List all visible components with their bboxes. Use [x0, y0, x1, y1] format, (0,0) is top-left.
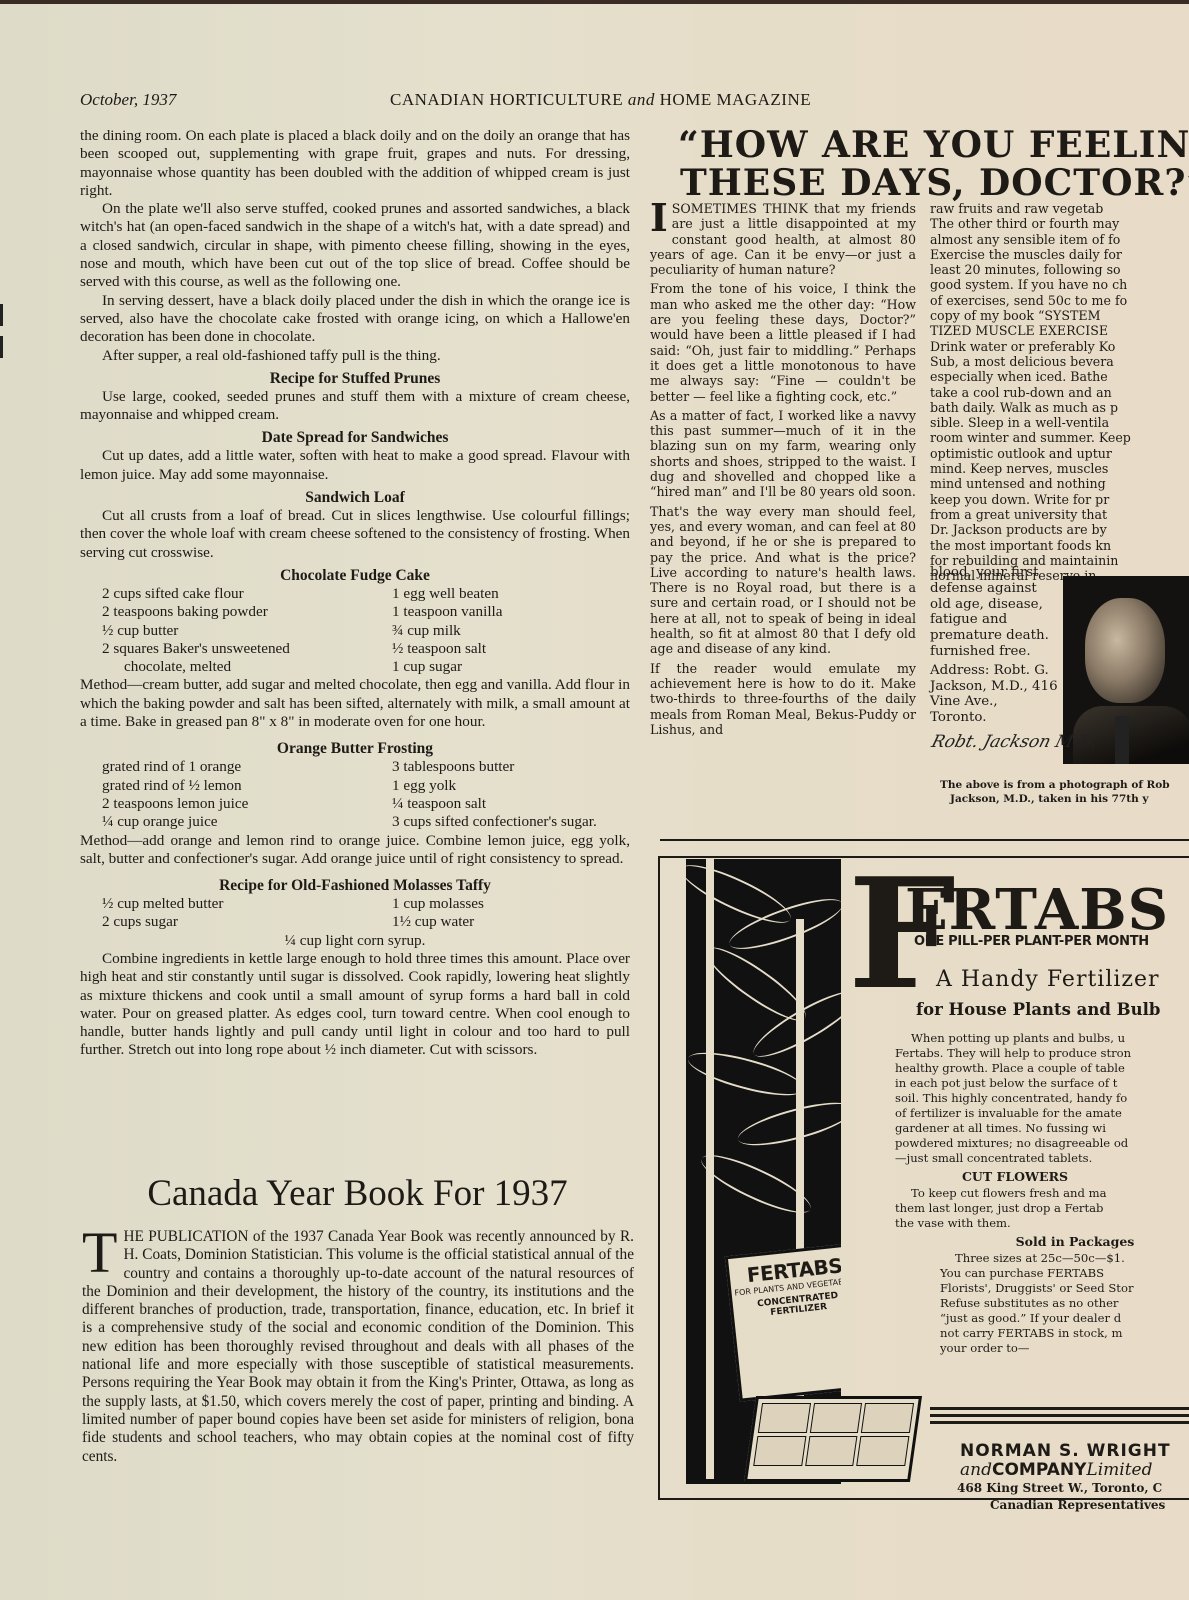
recipe-title-cake: Chocolate Fudge Cake: [80, 566, 630, 585]
page-header: October, 1937 CANADIAN HORTICULTURE and …: [80, 90, 1180, 112]
ad-text-line: of exercises, send 50c to me fo: [930, 293, 1189, 308]
cake-method: Method—cream butter, add sugar and melte…: [80, 676, 630, 731]
article-paragraph: the dining room. On each plate is placed…: [80, 127, 630, 200]
ad-text-line: optimistic outlook and uptur: [930, 446, 1189, 461]
ad-text-line: almost any sensible item of fo: [930, 232, 1189, 247]
ad-text-line: Drink water or preferably Ko: [930, 339, 1189, 354]
doctor-ad-headline: “HOW ARE YOU FEELING THESE DAYS, DOCTOR?…: [650, 126, 1189, 202]
ad-text-line: Exercise the muscles daily for: [930, 247, 1189, 262]
doctor-ad-column-1: ISOMETIMES THINK that my friends are jus…: [650, 201, 916, 741]
recipe-title-prunes: Recipe for Stuffed Prunes: [80, 369, 630, 388]
halloween-article: the dining room. On each plate is placed…: [80, 127, 630, 1060]
article-paragraph: In serving dessert, have a black doily p…: [80, 292, 630, 347]
company-representatives: Canadian Representatives: [990, 1498, 1165, 1512]
fertabs-logo: ERTABS: [905, 880, 1169, 940]
recipe-title-frosting: Orange Butter Frosting: [80, 739, 630, 758]
recipe-title-date-spread: Date Spread for Sandwiches: [80, 428, 630, 447]
recipe-text-date-spread: Cut up dates, add a little water, soften…: [80, 447, 630, 484]
ad-text-line: copy of my book “SYSTEM: [930, 308, 1189, 323]
ad-text-line: sible. Sleep in a well-ventila: [930, 415, 1189, 430]
recipe-title-taffy: Recipe for Old-Fashioned Molasses Taffy: [80, 876, 630, 895]
yearbook-body: HE PUBLICATION of the 1937 Canada Year B…: [82, 1228, 634, 1465]
ad-text-line: bath daily. Walk as much as p: [930, 400, 1189, 415]
decorative-bars: [930, 1407, 1189, 1428]
magazine-title: CANADIAN HORTICULTURE and HOME MAGAZINE: [390, 90, 811, 110]
cut-flowers-heading: CUT FLOWERS: [895, 1169, 1135, 1184]
taffy-ingredients: ½ cup melted butter1 cup molasses 2 cups…: [80, 895, 630, 932]
recipe-text-loaf: Cut all crusts from a loaf of bread. Cut…: [80, 507, 630, 562]
recipe-title-loaf: Sandwich Loaf: [80, 488, 630, 507]
ad-text-line: room winter and summer. Keep: [930, 430, 1189, 445]
company-address: 468 King Street W., Toronto, C: [957, 1481, 1162, 1495]
fertabs-tagline: ONE PILL-PER PLANT-PER MONTH: [914, 934, 1149, 949]
issue-date: October, 1937: [80, 90, 176, 110]
divider-rule: [660, 839, 1189, 841]
ad-text-line: mind untensed and nothing: [930, 476, 1189, 491]
ad-text-line: take a cool rub-down and an: [930, 385, 1189, 400]
ad-text-line: especially when iced. Bathe: [930, 369, 1189, 384]
taffy-ingredient-center: ¼ cup light corn syrup.: [80, 932, 630, 950]
yearbook-headline: Canada Year Book For 1937: [80, 1172, 635, 1216]
ad-text-line: good system. If you have no ch: [930, 277, 1189, 292]
packages-heading: Sold in Packages: [895, 1234, 1189, 1249]
frosting-method: Method—add orange and lemon rind to oran…: [80, 832, 630, 869]
fertabs-package: FERTABS FOR PLANTS AND VEGETABLES CONCEN…: [725, 1242, 841, 1401]
ad-text-line: Dr. Jackson products are by: [930, 522, 1189, 537]
frosting-ingredients: grated rind of 1 orange3 tablespoons but…: [80, 758, 630, 831]
doctor-signature: Robt. Jackson M.D.: [929, 732, 1099, 752]
ad-text-line: raw fruits and raw vegetab: [930, 201, 1189, 216]
doctor-ad-column-2b: blood, your first defense against old ag…: [930, 565, 1058, 726]
recipe-text-prunes: Use large, cooked, seeded prunes and stu…: [80, 388, 630, 425]
drop-cap: I: [650, 203, 668, 233]
yearbook-article: THE PUBLICATION of the 1937 Canada Year …: [82, 1228, 634, 1466]
ad-text-line: Sub, a most delicious bevera: [930, 354, 1189, 369]
company-name: NORMAN S. WRIGHT: [960, 1441, 1171, 1461]
photo-caption: The above is from a photograph of Rob Ja…: [940, 778, 1189, 806]
company-name-line2: andCOMPANYLimited: [960, 1460, 1152, 1480]
article-paragraph: After supper, a real old-fashioned taffy…: [80, 347, 630, 365]
ad-text-line: least 20 minutes, following so: [930, 262, 1189, 277]
fertabs-headline: A Handy Fertilizer: [936, 967, 1160, 992]
ad-text-line: the most important foods kn: [930, 538, 1189, 553]
fertabs-body: When potting up plants and bulbs, u Fert…: [895, 1031, 1189, 1356]
magazine-page: October, 1937 CANADIAN HORTICULTURE and …: [0, 4, 1189, 1600]
jungle-illustration: FERTABS FOR PLANTS AND VEGETABLES CONCEN…: [686, 859, 841, 1484]
article-paragraph: On the plate we'll also serve stuffed, c…: [80, 200, 630, 291]
ad-text-line: mind. Keep nerves, muscles: [930, 461, 1189, 476]
doctor-address: Address: Robt. G. Jackson, M.D., 416 Vin…: [930, 663, 1058, 726]
ad-text-line: keep you down. Write for pr: [930, 492, 1189, 507]
cake-ingredients: 2 cups sifted cake flour1 egg well beate…: [80, 585, 630, 676]
fertabs-tray: [744, 1396, 922, 1482]
taffy-method: Combine ingredients in kettle large enou…: [80, 950, 630, 1060]
binding-marks: [0, 304, 4, 374]
doctor-ad-column-2: raw fruits and raw vegetabThe other thir…: [930, 201, 1189, 583]
ad-text-line: The other third or fourth may: [930, 216, 1189, 231]
ad-text-line: TIZED MUSCLE EXERCISE: [930, 323, 1189, 338]
drop-cap: T: [82, 1230, 117, 1276]
fertabs-subhead: for House Plants and Bulb: [916, 1000, 1160, 1019]
ad-text-line: from a great university that: [930, 507, 1189, 522]
